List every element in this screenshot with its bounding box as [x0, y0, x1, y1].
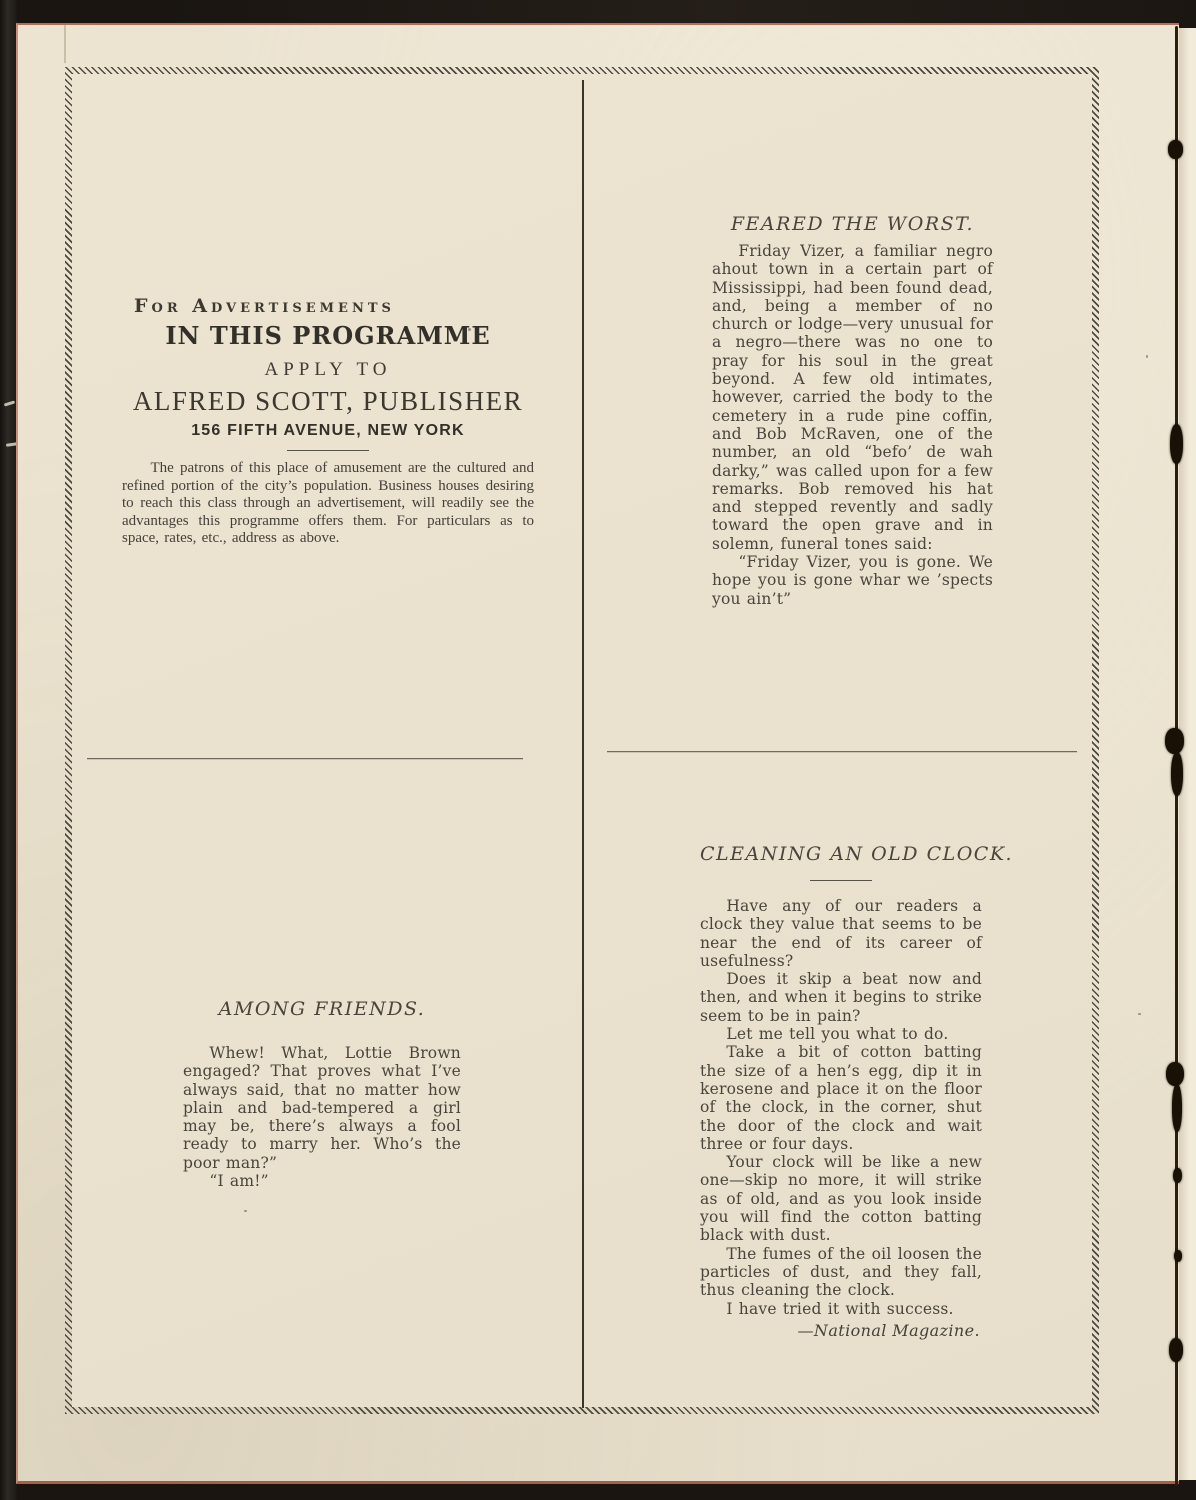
right-column-divider-rule [607, 751, 1077, 752]
column-divider-rule [582, 80, 584, 1408]
binding-stitch [1171, 752, 1183, 796]
story-paragraph: The fumes of the oil loosen the particle… [700, 1245, 982, 1300]
story-body: Friday Vizer, a familiar negro ahout tow… [712, 242, 993, 608]
story-paragraph: Let me tell you what to do. [700, 1025, 982, 1043]
advertisement-address: 156 FIFTH AVENUE, NEW YORK [122, 422, 534, 440]
advertisement-eyebrow: For Advertisements [122, 295, 534, 317]
story-paragraph: “Friday Vizer, you is gone. We hope you … [712, 553, 993, 608]
story-paragraph: Whew! What, Lottie Brown engaged? That p… [183, 1044, 461, 1172]
under-sheet-crease [64, 23, 66, 63]
story-title: FEARED THE WORST. [712, 213, 993, 235]
binding-stitch [1165, 728, 1184, 754]
story-rule [810, 880, 872, 881]
binding-stitch [1169, 1338, 1183, 1362]
story-paragraph: “I am!” [183, 1172, 461, 1190]
story-among-friends: AMONG FRIENDS. Whew! What, Lottie Brown … [183, 998, 461, 1190]
story-paragraph: Your clock will be like a new one—skip n… [700, 1153, 982, 1244]
programme-page: For Advertisements IN THIS PROGRAMME APP… [16, 23, 1179, 1484]
paper-speck [244, 1210, 247, 1212]
next-page-edge [1179, 28, 1196, 1480]
paper-speck [1138, 1013, 1141, 1015]
left-column-divider-rule [87, 758, 523, 759]
story-title: AMONG FRIENDS. [183, 998, 461, 1020]
story-body: Whew! What, Lottie Brown engaged? That p… [183, 1044, 461, 1190]
binding-stitch [1173, 1168, 1182, 1183]
story-title: CLEANING AN OLD CLOCK. [700, 843, 982, 865]
story-paragraph: Have any of our readers a clock they val… [700, 897, 982, 970]
story-body: Have any of our readers a clock they val… [700, 897, 982, 1318]
binding-stitch [1170, 424, 1183, 464]
advertisement-notice: For Advertisements IN THIS PROGRAMME APP… [122, 295, 534, 563]
story-paragraph: Does it skip a beat now and then, and wh… [700, 970, 982, 1025]
paper-speck [1146, 355, 1148, 358]
story-attribution: —National Magazine. [700, 1321, 982, 1340]
binding-stitch [1172, 1084, 1182, 1132]
book-cover-edge [0, 0, 17, 1500]
story-feared-the-worst: FEARED THE WORST. Friday Vizer, a famili… [712, 213, 993, 608]
advertisement-title: IN THIS PROGRAMME [122, 321, 534, 350]
scanned-programme-photo: For Advertisements IN THIS PROGRAMME APP… [0, 0, 1196, 1500]
story-paragraph: Take a bit of cotton batting the size of… [700, 1043, 982, 1153]
story-paragraph: Friday Vizer, a familiar negro ahout tow… [712, 242, 993, 553]
advertisement-apply-line: APPLY TO [122, 359, 534, 381]
binding-stitch [1174, 1250, 1182, 1262]
story-cleaning-an-old-clock: CLEANING AN OLD CLOCK. Have any of our r… [700, 843, 982, 1340]
advertisement-body: The patrons of this place of amusement a… [122, 460, 534, 548]
advertisement-rule [287, 450, 369, 451]
advertisement-publisher: ALFRED SCOTT, PUBLISHER [122, 386, 534, 417]
paper-speck [468, 328, 471, 331]
binding-stitch [1168, 140, 1183, 159]
binding-stitch [1166, 1062, 1184, 1086]
story-paragraph: I have tried it with success. [700, 1300, 982, 1318]
